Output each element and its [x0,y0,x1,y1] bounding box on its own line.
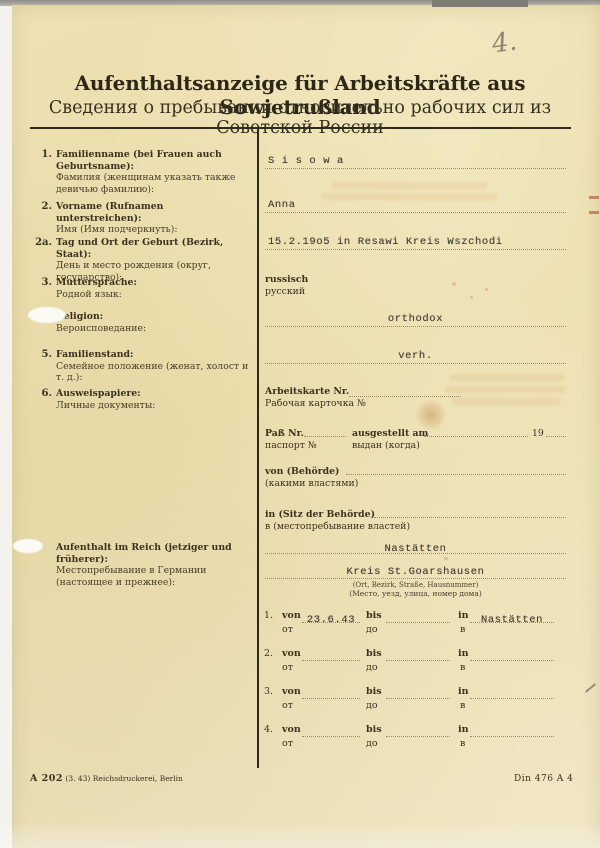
row4-bis-field [386,723,450,737]
bleedthrough-text [450,374,565,381]
entry-religion: orthodox [265,306,566,327]
label-issued-de: ausgestellt am [352,428,428,440]
row1-bis-field [386,609,450,623]
form-title-russian: Сведения о пребывании относительно рабоч… [30,98,570,138]
bleedthrough-text [452,398,560,405]
authority-blank [346,464,566,475]
year-blank [546,426,566,437]
row3-bis-field [386,685,450,699]
label-authority-seat-ru: в (местопребывание властей) [265,521,410,533]
row2-von-field [302,647,360,661]
row4-in-field [470,723,554,737]
label-arbeitskarte-de: Arbeitskarte Nr. [265,386,349,398]
row1-in-field: Nastätten [470,609,554,623]
rust-stain [416,400,446,430]
scanned-document: Aufenthaltsanzeige für Arbeitskräfte aus… [0,0,600,848]
scan-edge-artifact [432,0,528,7]
residence-hint-russian: (Место, уезд, улица, номер дома) [265,590,566,599]
entry-geburt: 15.2.19o5 in Resawi Kreis Wszchodi [265,229,566,250]
pass-number-blank [304,426,346,437]
authority-seat-blank [374,507,566,518]
red-edge-mark [589,196,599,199]
row2-in-field [470,647,554,661]
form-code: A 202 (3. 43) Reichsdruckerei, Berlin [30,773,183,784]
stain-speck [452,282,456,286]
row3-von-field [302,685,360,699]
label-authority-ru: (какими властями) [265,478,358,490]
handwritten-page-number: 4. [490,26,519,59]
label-authority-seat-de: in (Sitz der Behörde) [265,509,375,521]
row1-von-field: 23.6.43 [302,609,360,623]
field-label-ausweispapiere: 6. Ausweispapiere:Личные документы: [30,388,252,411]
issued-date-blank [424,426,528,437]
entry-familienstand: verh. [265,343,566,364]
red-edge-mark [589,211,599,214]
label-year-prefix: 19 [532,428,544,440]
row3-in-field [470,685,554,699]
stain-speck [485,288,488,291]
bleedthrough-text [322,193,497,200]
entry-residence-place: Nastätten [265,536,566,554]
entry-residence-kreis: Kreis St.Goarshausen [265,559,566,579]
correction-blob [28,307,66,323]
row4-von-field [302,723,360,737]
stain-speck [444,557,448,560]
label-authority-de: von (Behörde) [265,466,339,478]
field-label-vorname: 2. Vorname (Rufnamen unterstreichen):Имя… [30,201,252,236]
field-label-familienstand: 5. Familienstand:Семейное положение (жен… [30,349,252,384]
label-pass-ru: паспорт № [265,440,317,452]
label-issued-ru: выдан (когда) [352,440,420,452]
scan-fade [0,822,600,848]
field-label-familienname: 1. Familienname (bei Frauen auch Geburts… [30,149,252,195]
field-label-aufenthalt: Aufenthalt im Reich (jetziger und früher… [30,542,252,588]
label-arbeitskarte-ru: Рабочая карточка № [265,398,366,410]
bleedthrough-text [445,386,565,393]
din-format-label: Din 476 A 4 [514,774,573,784]
column-divider [257,128,259,768]
horizontal-rule [30,127,571,129]
entry-familienname: S i s o w a [265,148,566,169]
correction-blob [13,539,43,553]
entry-muttersprache-de: russisch [265,274,308,286]
stain-speck [470,296,473,299]
field-label-muttersprache: 3. Muttersprache:Родной язык: [30,277,252,300]
bleedthrough-text [332,182,487,189]
entry-muttersprache-ru: русский [265,286,305,298]
label-pass-de: Paß Nr. [265,428,304,440]
row2-bis-field [386,647,450,661]
